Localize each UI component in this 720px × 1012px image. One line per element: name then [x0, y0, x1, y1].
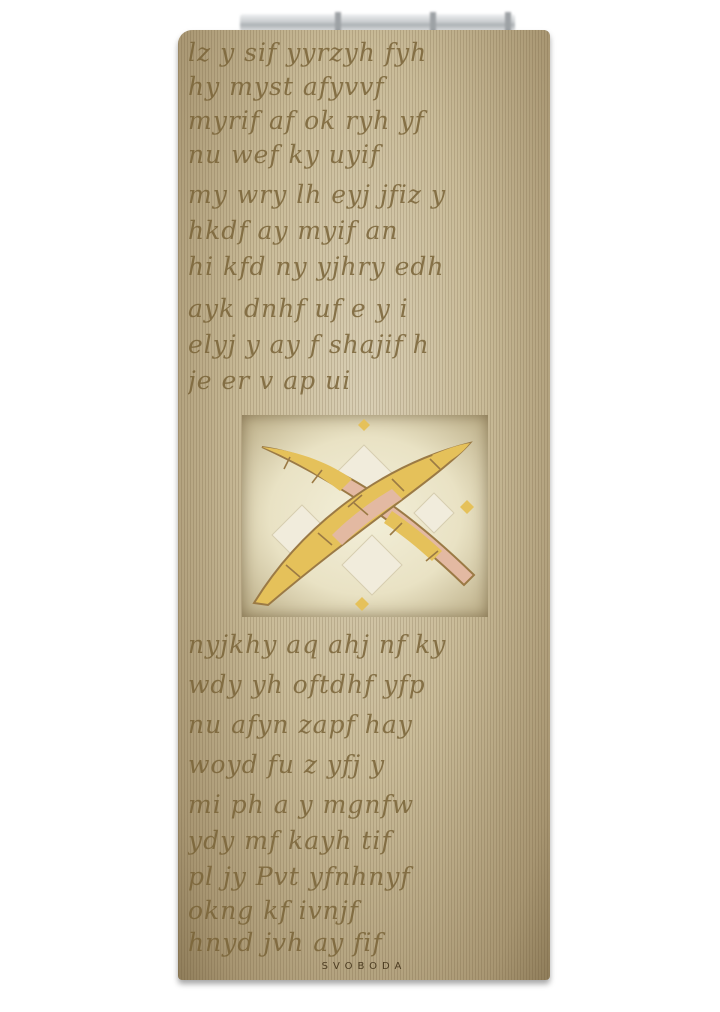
script-line: hnyd jvh ay fif: [188, 928, 540, 957]
crossed-arrows-drawing: [242, 415, 488, 617]
script-line: ayk dnhf uf e y i: [188, 294, 540, 323]
script-line: nyjkhy aq ahj nf ky: [188, 630, 540, 659]
script-line: je er v ap ui: [188, 366, 540, 395]
script-line: woyd fu z yfj y: [188, 750, 540, 779]
script-line: hi kfd ny yjhry edh: [188, 252, 540, 281]
script-line: ydy mf kayh tif: [188, 826, 540, 855]
script-line: my wry lh eyj jfiz y: [188, 180, 540, 209]
script-line: mi ph a y mgnfw: [188, 790, 540, 819]
script-line: myrif af ok ryh yf: [188, 106, 540, 135]
script-line: elyj y ay f shajif h: [188, 330, 540, 359]
script-line: okng kf ivnjf: [188, 896, 540, 925]
script-line: wdy yh oftdhf yfp: [188, 670, 540, 699]
script-line: hy myst afyvvf: [188, 72, 540, 101]
script-line: pl jy Pvt yfnhnyf: [188, 862, 540, 891]
script-line: nu wef ky uyif: [188, 140, 540, 169]
script-line: hkdf ay myif an: [188, 216, 540, 245]
script-line: nu afyn zapf hay: [188, 710, 540, 739]
geometric-inset-drawing: [242, 415, 488, 617]
artwork-panel: lz y sif yyrzyh fyh hy myst afyvvf myrif…: [178, 30, 550, 980]
artist-signature: SVOBODA: [178, 961, 550, 972]
script-line: lz y sif yyrzyh fyh: [188, 38, 540, 67]
